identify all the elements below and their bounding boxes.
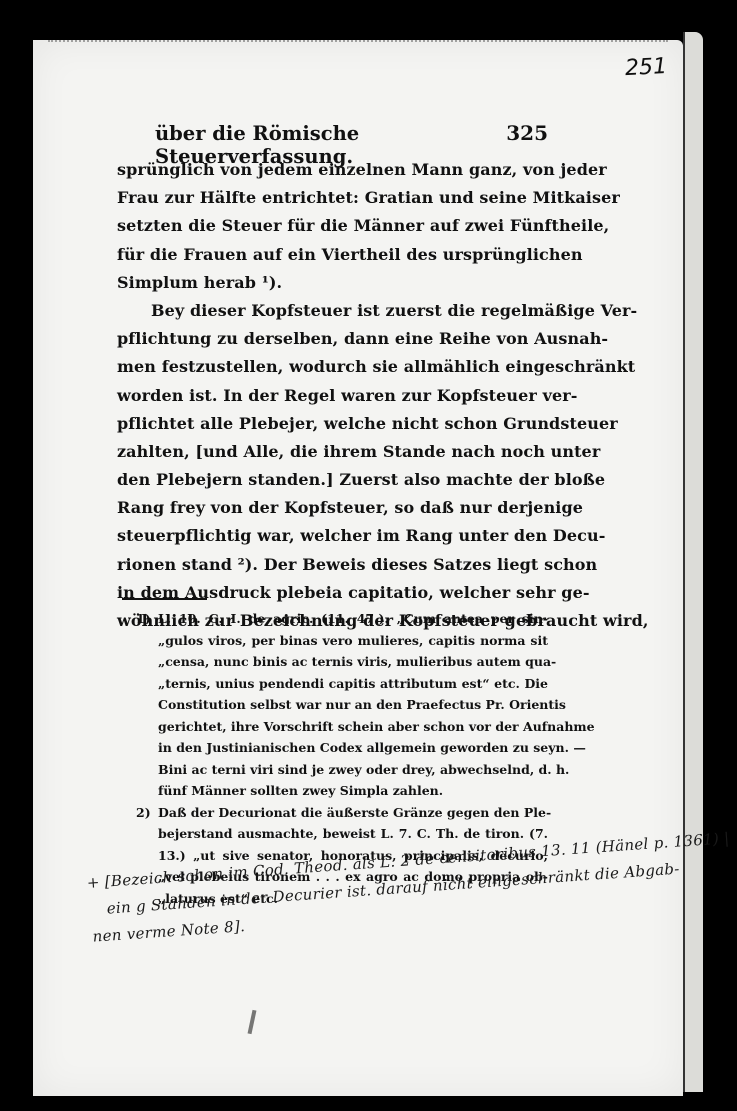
footnote-1-line: „ternis, unius pendendi capitis attribut…	[136, 673, 548, 695]
body-line: Rang frey von der Kopfsteuer, so daß nur…	[117, 494, 549, 522]
body-line: setzten die Steuer für die Männer auf zw…	[117, 212, 549, 240]
body-line: Frau zur Hälfte entrichtet: Gratian und …	[117, 184, 549, 212]
body-line: Simplum herab ¹).	[117, 269, 549, 297]
body-line: Bey dieser Kopfsteuer ist zuerst die reg…	[117, 297, 549, 325]
footnote-2-line: 2)Daß der Decurionat die äußerste Gränze…	[136, 802, 548, 824]
footnote-1-line: Constitution selbst war nur an den Praef…	[136, 694, 548, 716]
body-line: pflichtung zu derselben, dann eine Reihe…	[117, 325, 549, 353]
body-line: den Plebejern standen.] Zuerst also mach…	[117, 466, 549, 494]
body-line: zahlten, [und Alle, die ihrem Stande nac…	[117, 438, 549, 466]
footnote-1-line: „gulos viros, per binas vero mulieres, c…	[136, 630, 548, 652]
footnote-1-number: 1)	[136, 608, 158, 630]
footnote-1-line: gerichtet, ihre Vorschrift schein aber s…	[136, 716, 548, 738]
page-fold-edge	[683, 32, 703, 1092]
archive-page-number: 251	[624, 54, 667, 81]
footnote-1-line: Bini ac terni viri sind je zwey oder dre…	[136, 759, 548, 781]
footnote-2-number: 2)	[136, 802, 158, 824]
body-line: pflichtet alle Plebejer, welche nicht sc…	[117, 410, 549, 438]
folio-number: 325	[506, 121, 548, 145]
footnote-1-line: 1)L. 10. C. I. de agric. (11. 47.). „Cum…	[136, 608, 548, 630]
body-text: sprünglich von jedem einzelnen Mann ganz…	[117, 156, 549, 635]
footnote-text: L. 10. C. I. de agric. (11. 47.). „Cum a…	[158, 611, 548, 626]
footnote-text: Daß der Decurionat die äußerste Gränze g…	[158, 805, 551, 820]
body-line: rionen stand ²). Der Beweis dieses Satze…	[117, 551, 549, 579]
body-line: steuerpflichtig war, welcher im Rang unt…	[117, 522, 549, 550]
page-top-edge	[48, 40, 668, 44]
footnote-1-line: „censa, nunc binis ac ternis viris, muli…	[136, 651, 548, 673]
footnote-1-line: in den Justinianischen Codex allgemein g…	[136, 737, 548, 759]
body-line: worden ist. In der Regel waren zur Kopfs…	[117, 382, 549, 410]
body-line: men festzustellen, wodurch sie allmählic…	[117, 353, 549, 381]
body-line: für die Frauen auf ein Viertheil des urs…	[117, 241, 549, 269]
footnote-separator	[122, 598, 207, 600]
footnote-1-line: fünf Männer sollten zwey Simpla zahlen.	[136, 780, 548, 802]
body-line: sprünglich von jedem einzelnen Mann ganz…	[117, 156, 549, 184]
body-line: in dem Ausdruck plebeia capitatio, welch…	[117, 579, 549, 607]
